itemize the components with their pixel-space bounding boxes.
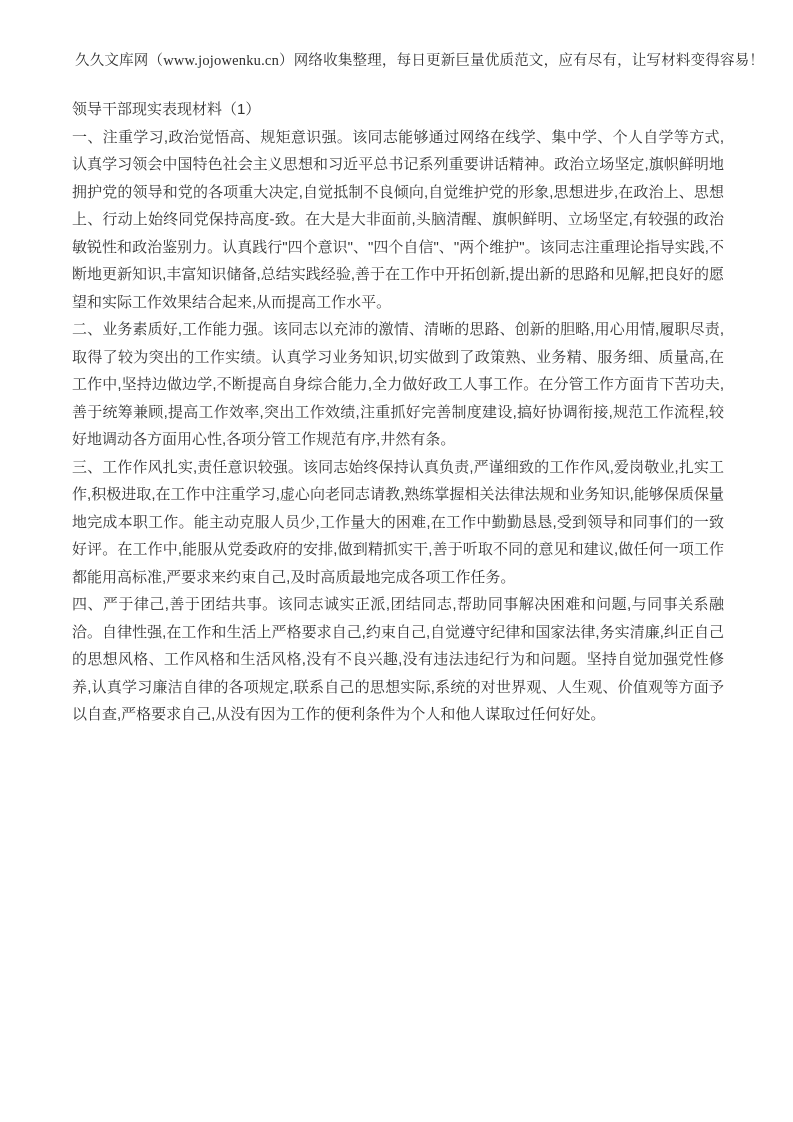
paragraph-3: 三、工作作风扎实,责任意识较强。该同志始终保持认真负责,严谨细致的工作作风,爱岗… [72,454,724,592]
paragraph-4: 四、严于律己,善于团结共事。该同志诚实正派,团结同志,帮助同事解决困难和问题,与… [72,591,724,729]
document-body: 领导干部现实表现材料（1） 一、注重学习,政治觉悟高、规矩意识强。该同志能够通过… [72,96,724,729]
site-watermark-note: 久久文库网（www.jojowenku.cn）网络收集整理，每日更新巨量优质范文… [75,52,721,70]
document-page: 久久文库网（www.jojowenku.cn）网络收集整理，每日更新巨量优质范文… [0,0,793,1122]
paragraph-2: 二、业务素质好,工作能力强。该同志以充沛的激情、清晰的思路、创新的胆略,用心用情… [72,316,724,454]
paragraph-1: 一、注重学习,政治觉悟高、规矩意识强。该同志能够通过网络在线学、集中学、个人自学… [72,124,724,317]
document-title: 领导干部现实表现材料（1） [72,96,724,124]
